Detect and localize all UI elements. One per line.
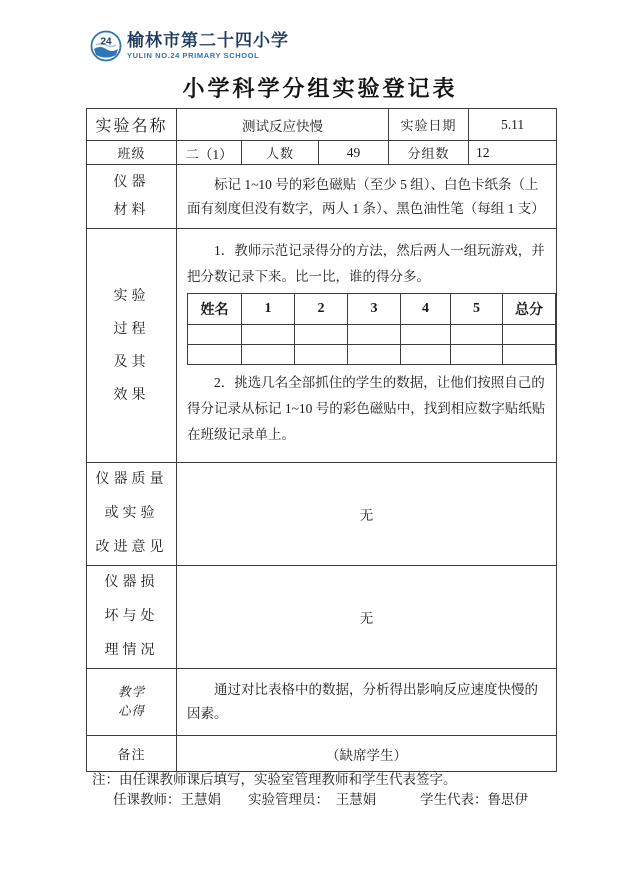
score-col-name: 姓名 bbox=[188, 294, 242, 325]
school-name-cn: 榆林市第二十四小学 bbox=[127, 32, 289, 51]
quality-value: 无 bbox=[177, 463, 557, 566]
group-count-label: 分组数 bbox=[389, 141, 469, 165]
row-remarks: 备注 （缺席学生） bbox=[87, 736, 557, 772]
score-col-total: 总分 bbox=[503, 294, 556, 325]
row-experiment-name: 实验名称 测试反应快慢 实验日期 5.11 bbox=[87, 109, 557, 141]
school-name-en: YULIN NO.24 PRIMARY SCHOOL bbox=[127, 52, 289, 60]
experiment-form-table: 实验名称 测试反应快慢 实验日期 5.11 班级 二（1） 人数 49 分组数 … bbox=[86, 108, 557, 772]
document-page: 24 榆林市第二十四小学 YULIN NO.24 PRIMARY SCHOOL … bbox=[0, 0, 640, 892]
row-class-info: 班级 二（1） 人数 49 分组数 12 bbox=[87, 141, 557, 165]
school-name-block: 榆林市第二十四小学 YULIN NO.24 PRIMARY SCHOOL bbox=[127, 32, 289, 60]
reflection-label: 教学 心得 bbox=[87, 669, 177, 736]
damage-value: 无 bbox=[177, 566, 557, 669]
row-materials: 仪器 材料 标记 1~10 号的彩色磁贴（至少 5 组）、白色卡纸条（上面有刻度… bbox=[87, 165, 557, 229]
school-logo-icon: 24 bbox=[90, 30, 122, 62]
score-col-3: 3 bbox=[348, 294, 401, 325]
score-table-header-row: 姓名 1 2 3 4 5 总分 bbox=[188, 294, 556, 325]
score-col-1: 1 bbox=[242, 294, 295, 325]
score-col-4: 4 bbox=[401, 294, 451, 325]
experiment-name-value: 测试反应快慢 bbox=[177, 109, 389, 141]
student-count-label: 人数 bbox=[242, 141, 319, 165]
remarks-value: （缺席学生） bbox=[177, 736, 557, 772]
school-brand: 24 榆林市第二十四小学 YULIN NO.24 PRIMARY SCHOOL bbox=[90, 30, 289, 62]
page-title: 小学科学分组实验登记表 bbox=[0, 72, 640, 103]
process-content: 1．教师示范记录得分的方法，然后两人一组玩游戏，并把分数记录下来。比一比，谁的得… bbox=[177, 229, 557, 463]
student-count-value: 49 bbox=[319, 141, 389, 165]
signature-teacher: 任课教师：王慧娟 bbox=[113, 788, 221, 808]
process-step-1: 1．教师示范记录得分的方法，然后两人一组玩游戏，并把分数记录下来。比一比，谁的得… bbox=[187, 238, 546, 290]
group-count-value: 12 bbox=[469, 141, 557, 165]
signature-lab-manager: 实验管理员： 王慧娟 bbox=[248, 788, 376, 808]
score-col-5: 5 bbox=[451, 294, 503, 325]
score-table: 姓名 1 2 3 4 5 总分 bbox=[187, 293, 556, 365]
row-quality: 仪器质量 或实验 改进意见 无 bbox=[87, 463, 557, 566]
remarks-label: 备注 bbox=[87, 736, 177, 772]
experiment-date-label: 实验日期 bbox=[389, 109, 469, 141]
score-table-empty-row bbox=[188, 345, 556, 365]
score-col-2: 2 bbox=[295, 294, 348, 325]
row-process: 实验 过程 及其 效果 1．教师示范记录得分的方法，然后两人一组玩游戏，并把分数… bbox=[87, 229, 557, 463]
svg-text:24: 24 bbox=[100, 37, 112, 48]
score-table-empty-row bbox=[188, 325, 556, 345]
signature-student-rep: 学生代表：鲁思伊 bbox=[420, 788, 528, 808]
experiment-date-value: 5.11 bbox=[469, 109, 557, 141]
quality-label: 仪器质量 或实验 改进意见 bbox=[87, 463, 177, 566]
reflection-value: 通过对比表格中的数据，分析得出影响反应速度快慢的因素。 bbox=[177, 669, 557, 736]
materials-label: 仪器 材料 bbox=[87, 165, 177, 229]
damage-label: 仪器损 坏与处 理情况 bbox=[87, 566, 177, 669]
row-damage: 仪器损 坏与处 理情况 无 bbox=[87, 566, 557, 669]
materials-value: 标记 1~10 号的彩色磁贴（至少 5 组）、白色卡纸条（上面有刻度但没有数字，… bbox=[177, 165, 557, 229]
row-reflection: 教学 心得 通过对比表格中的数据，分析得出影响反应速度快慢的因素。 bbox=[87, 669, 557, 736]
process-step-2: 2．挑选几名全部抓住的学生的数据，让他们按照自己的得分记录从标记 1~10 号的… bbox=[187, 370, 546, 448]
class-value: 二（1） bbox=[177, 141, 242, 165]
footer-note: 注：由任课教师课后填写，实验室管理教师和学生代表签字。 bbox=[92, 768, 457, 788]
experiment-name-label: 实验名称 bbox=[87, 109, 177, 141]
class-label: 班级 bbox=[87, 141, 177, 165]
process-label: 实验 过程 及其 效果 bbox=[87, 229, 177, 463]
